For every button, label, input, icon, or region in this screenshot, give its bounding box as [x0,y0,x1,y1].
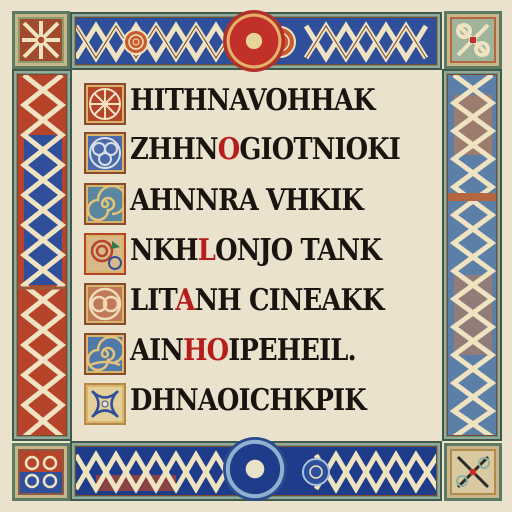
script-text: NKHLONJO TANK [130,231,381,271]
script-text: DHNAOICHKPIK [130,381,366,421]
knot-corner-icon [452,19,494,61]
text-line: DHNAOICHKPIK [78,379,440,425]
text-line: AINHOIPEHEIL. [78,329,440,375]
script-text: LITANH CINEAKK [130,281,384,321]
knotwork-pattern-icon [448,75,497,436]
red-rosette-initial-icon [84,83,126,125]
teal-spiral-initial-icon [84,183,126,225]
top-right-corner-knot [444,11,502,69]
red-green-spiral-initial-icon [84,233,126,275]
bottom-blue-medallion [223,437,287,501]
top-red-medallion [223,10,285,72]
script-text: ZHHNOGIOTNIOKI [130,130,400,170]
text-line: ZHHNOGIOTNIOKI [78,128,440,174]
script-text: HITHNAVOHHAK [130,81,375,121]
text-line: NKHLONJO TANK [78,229,440,275]
text-line: AHNNRA VHKIK [78,179,440,225]
manuscript-page: HITHNAVOHHAK ZHHNOGIOTNIOKI AHNNRA VHKIK… [0,0,512,512]
manuscript-text-panel: HITHNAVOHHAK ZHHNOGIOTNIOKI AHNNRA VHKIK… [78,79,440,441]
right-knotwork-border [442,69,502,441]
knot-corner-icon [452,451,494,493]
ornamental-frame: HITHNAVOHHAK ZHHNOGIOTNIOKI AHNNRA VHKIK… [10,9,503,503]
bottom-left-corner-knot [12,443,70,501]
bottom-right-corner-knot [444,443,502,501]
knotwork-pattern-icon [18,75,67,436]
top-left-corner-knot [12,11,70,69]
knot-corner-icon [20,19,62,61]
blue-gold-spiral-initial-icon [84,333,126,375]
text-line: LITANH CINEAKK [78,279,440,325]
red-triskele-initial-icon [84,283,126,325]
text-line: HITHNAVOHHAK [78,79,440,125]
script-text: AINHOIPEHEIL. [130,331,356,371]
blue-knot-initial-icon [84,383,126,425]
blue-spiral-initial-icon [84,132,126,174]
script-text: AHNNRA VHKIK [130,181,363,221]
knot-corner-icon [20,451,62,493]
left-knotwork-border [12,69,72,441]
